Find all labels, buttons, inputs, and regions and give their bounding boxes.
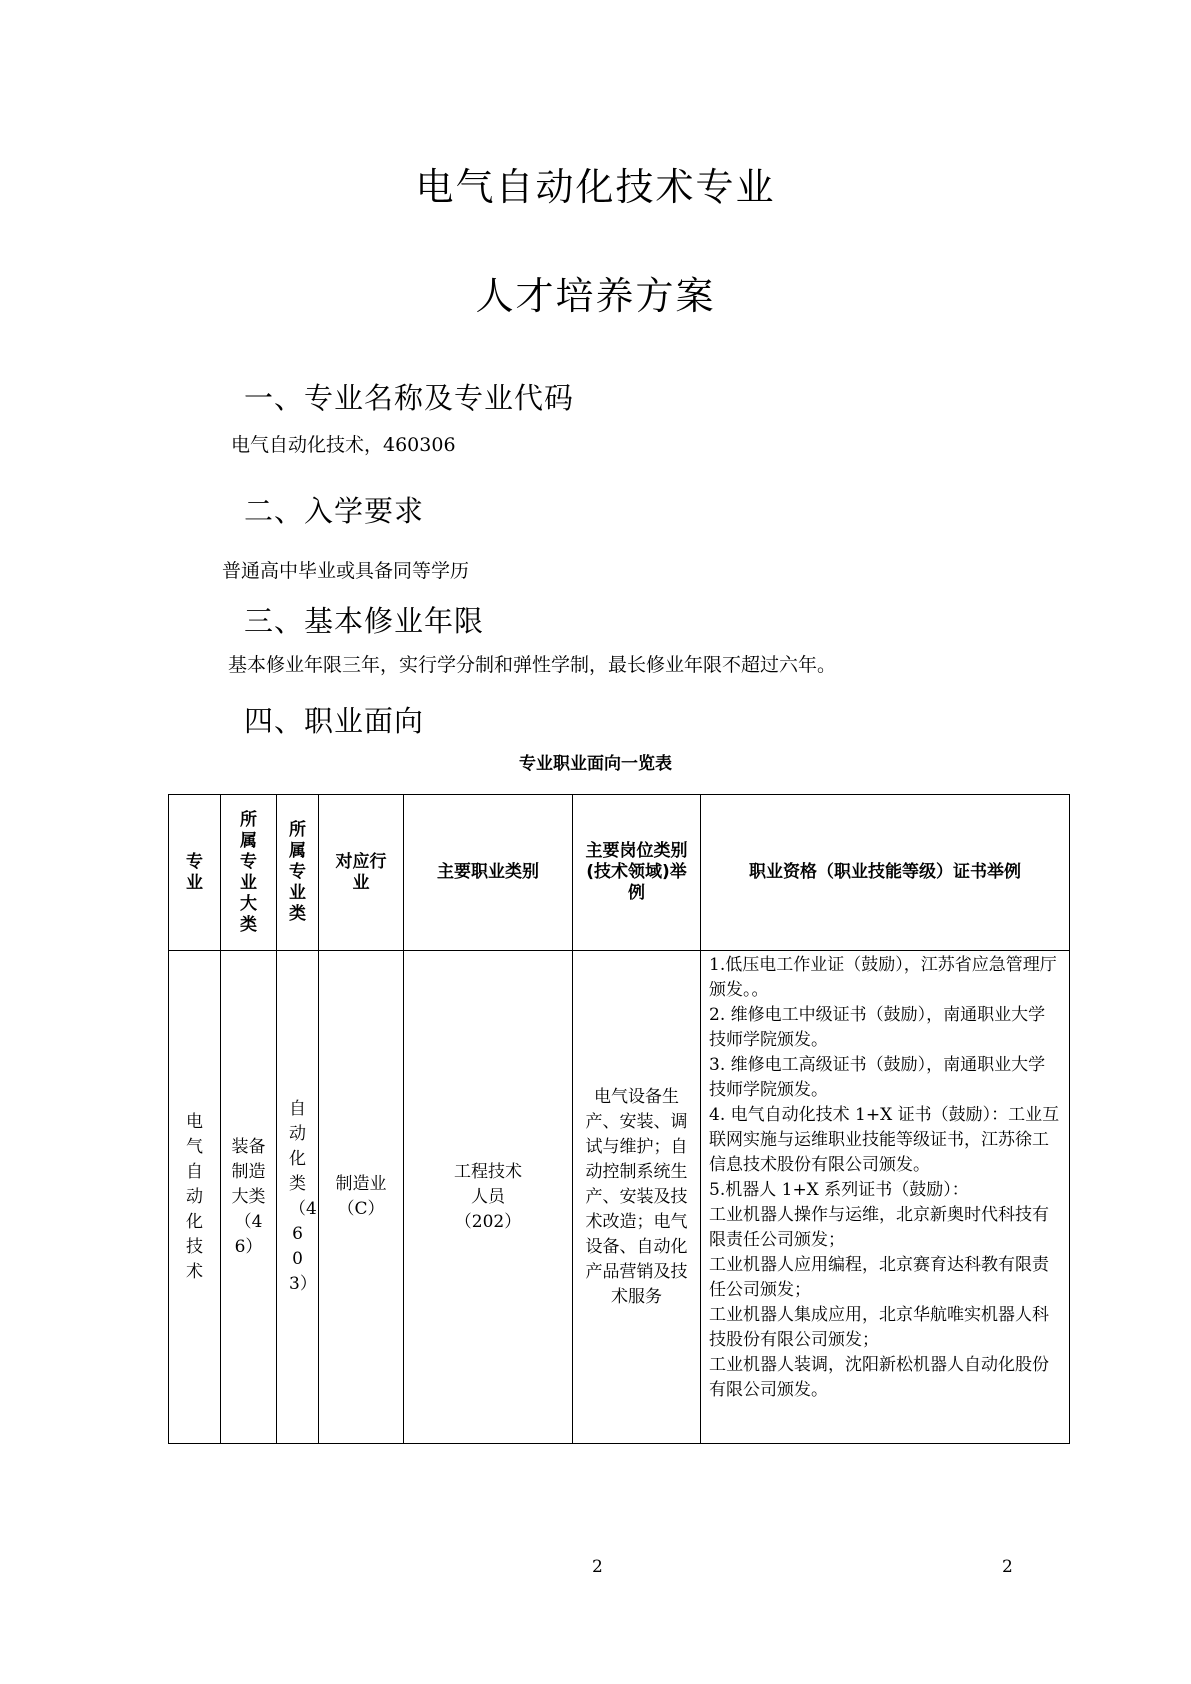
table-caption: 专业职业面向一览表 xyxy=(0,756,1191,773)
certificate-item: 工业机器人装调，沈阳新松机器人自动化股份有限公司颁发。 xyxy=(709,1353,1061,1403)
header-category: 所属专业类 xyxy=(277,795,319,951)
section-body-admission: 普通高中毕业或具备同等学历 xyxy=(222,562,469,581)
cell-industry: 制造业（C） xyxy=(319,951,404,1444)
certificate-item: 工业机器人操作与运维，北京新奥时代科技有限责任公司颁发； xyxy=(709,1203,1061,1253)
section-heading-admission: 二、入学要求 xyxy=(244,497,424,526)
certificate-item: 5.机器人 1+X 系列证书（鼓励）： xyxy=(709,1178,1061,1203)
certificate-item: 2. 维修电工中级证书（鼓励），南通职业大学技师学院颁发。 xyxy=(709,1003,1061,1053)
cell-category-major: 装备制造大类（46） xyxy=(221,951,277,1444)
header-major: 专业 xyxy=(169,795,221,951)
page-number-right: 2 xyxy=(1002,1559,1013,1576)
section-body-major-name: 电气自动化技术，460306 xyxy=(231,436,456,455)
header-certificates: 职业资格（职业技能等级）证书举例 xyxy=(701,795,1070,951)
table-header-row: 专业 所属专业大类 所属专业类 对应行业 主要职业类别 主要岗位类别(技术领域)… xyxy=(169,795,1070,951)
occupation-line3: （202） xyxy=(404,1210,572,1235)
cell-category: 自动化类（4603） xyxy=(277,951,319,1444)
header-industry: 对应行业 xyxy=(319,795,404,951)
certificate-item: 1.低压电工作业证（鼓励），江苏省应急管理厅颁发。。 xyxy=(709,953,1061,1003)
certificate-item: 4. 电气自动化技术 1+X 证书（鼓励）：工业互联网实施与运维职业技能等级证书… xyxy=(709,1103,1061,1178)
occupation-line2: 人员 xyxy=(404,1185,572,1210)
document-title-line1: 电气自动化技术专业 xyxy=(0,168,1191,206)
page-number-center: 2 xyxy=(592,1559,603,1576)
header-positions: 主要岗位类别(技术领域)举例 xyxy=(573,795,701,951)
cell-positions: 电气设备生产、安装、调试与维护；自动控制系统生产、安装及技术改造；电气设备、自动… xyxy=(573,951,701,1444)
header-category-major: 所属专业大类 xyxy=(221,795,277,951)
section-heading-duration: 三、基本修业年限 xyxy=(244,607,484,636)
certificate-item: 工业机器人应用编程，北京赛育达科教有限责任公司颁发； xyxy=(709,1253,1061,1303)
cell-occupation: 工程技术 人员 （202） xyxy=(404,951,573,1444)
header-occupation: 主要职业类别 xyxy=(404,795,573,951)
cell-major: 电气自动化技术 xyxy=(169,951,221,1444)
certificate-item: 3. 维修电工高级证书（鼓励），南通职业大学技师学院颁发。 xyxy=(709,1053,1061,1103)
section-heading-major-name: 一、专业名称及专业代码 xyxy=(244,384,574,413)
section-heading-career: 四、职业面向 xyxy=(244,707,424,736)
career-table: 专业 所属专业大类 所属专业类 对应行业 主要职业类别 主要岗位类别(技术领域)… xyxy=(168,794,1070,1444)
table-row: 电气自动化技术 装备制造大类（46） 自动化类（4603） 制造业（C） 工程技… xyxy=(169,951,1070,1444)
certificate-item: 工业机器人集成应用，北京华航唯实机器人科技股份有限公司颁发； xyxy=(709,1303,1061,1353)
section-body-duration: 基本修业年限三年，实行学分制和弹性学制，最长修业年限不超过六年。 xyxy=(228,656,836,675)
document-title-line2: 人才培养方案 xyxy=(0,277,1191,315)
cell-certificates: 1.低压电工作业证（鼓励），江苏省应急管理厅颁发。。 2. 维修电工中级证书（鼓… xyxy=(701,951,1070,1444)
occupation-line1: 工程技术 xyxy=(404,1160,572,1185)
